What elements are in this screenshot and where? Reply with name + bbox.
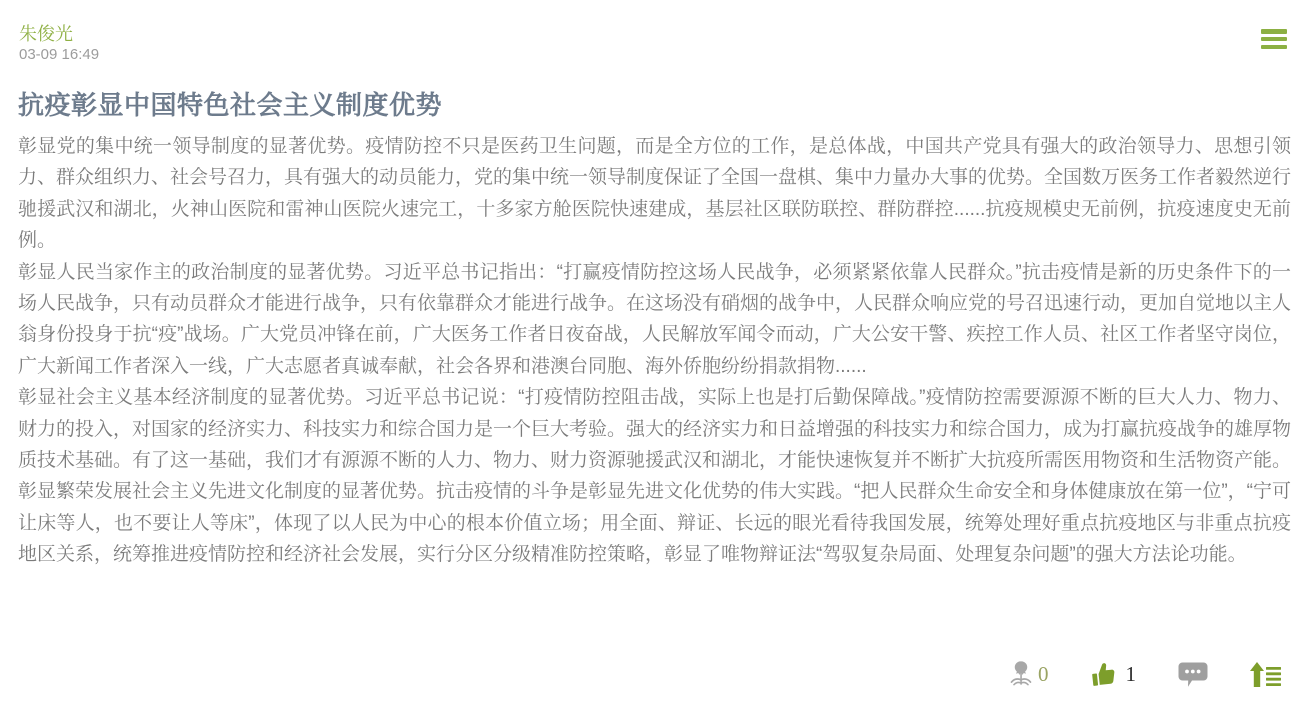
hamburger-menu-icon	[1261, 37, 1287, 42]
post-paragraph: 彰显社会主义基本经济制度的显著优势。习近平总书记说：“打疫情防控阻击战，实际上也…	[18, 382, 1291, 476]
post-title: 抗疫彰显中国特色社会主义制度优势	[18, 85, 1290, 122]
like-button[interactable]: 1	[1091, 661, 1137, 688]
hamburger-menu-icon	[1261, 45, 1287, 50]
hamburger-menu-icon	[1261, 29, 1287, 34]
post-body: 彰显党的集中统一领导制度的显著优势。疫情防控不只是医药卫生问题，而是全方位的工作…	[18, 131, 1291, 571]
like-count: 1	[1126, 662, 1137, 687]
flower-button[interactable]: 0	[1008, 660, 1049, 688]
thumbs-up-icon	[1091, 661, 1118, 688]
comment-button[interactable]	[1178, 661, 1208, 688]
author-name[interactable]: 朱俊光	[19, 20, 73, 46]
back-to-top-icon	[1250, 661, 1281, 688]
post-paragraph: 彰显党的集中统一领导制度的显著优势。疫情防控不只是医药卫生问题，而是全方位的工作…	[18, 131, 1291, 257]
flower-icon	[1008, 660, 1034, 688]
back-to-top-button[interactable]	[1250, 661, 1281, 688]
post-page: 朱俊光 03-09 16:49 抗疫彰显中国特色社会主义制度优势 彰显党的集中统…	[0, 0, 1308, 710]
action-bar: 0 1	[1008, 653, 1281, 695]
post-paragraph: 彰显繁荣发展社会主义先进文化制度的显著优势。抗击疫情的斗争是彰显先进文化优势的伟…	[18, 476, 1291, 570]
comment-icon	[1178, 661, 1208, 688]
post-timestamp: 03-09 16:49	[19, 46, 99, 63]
flower-count: 0	[1038, 662, 1049, 687]
post-paragraph: 彰显人民当家作主的政治制度的显著优势。习近平总书记指出：“打赢疫情防控这场人民战…	[18, 257, 1291, 383]
menu-button[interactable]	[1261, 29, 1287, 49]
